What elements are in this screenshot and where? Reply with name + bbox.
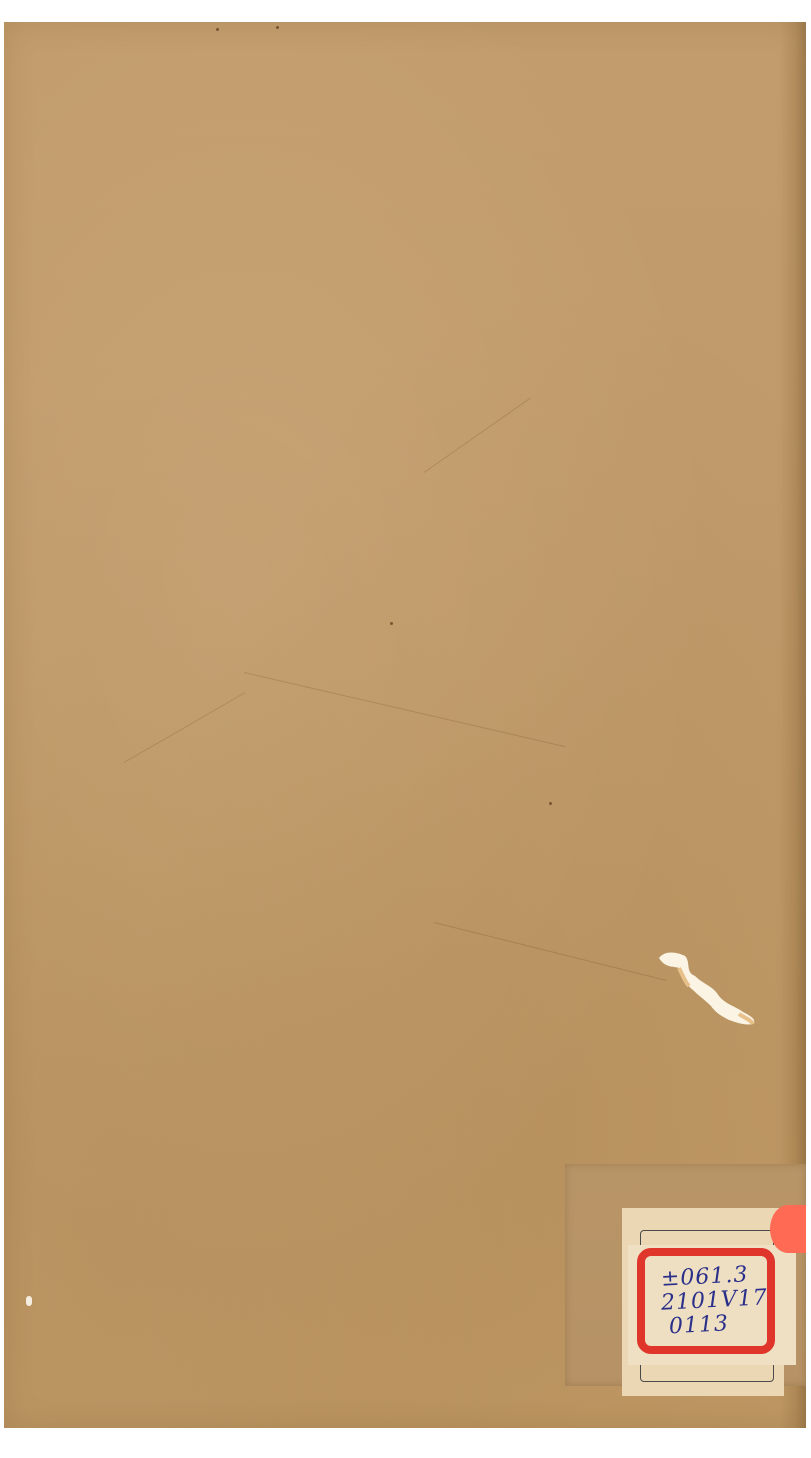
paper-speck xyxy=(390,622,393,625)
paper-speck xyxy=(216,28,219,31)
paper-crease xyxy=(124,692,246,763)
paper-speck xyxy=(276,26,279,29)
call-number-line-3: 0113 xyxy=(660,1310,767,1340)
red-dot-sticker xyxy=(770,1205,806,1253)
torn-paper-patch xyxy=(655,950,760,1030)
paper-crease xyxy=(244,672,566,747)
pin-hole xyxy=(26,1296,32,1306)
paper-crease xyxy=(424,398,531,473)
paper-crease xyxy=(434,922,667,981)
library-call-number-label: ±061.3 2101V17 0113 xyxy=(637,1248,775,1354)
paper-speck xyxy=(549,802,552,805)
